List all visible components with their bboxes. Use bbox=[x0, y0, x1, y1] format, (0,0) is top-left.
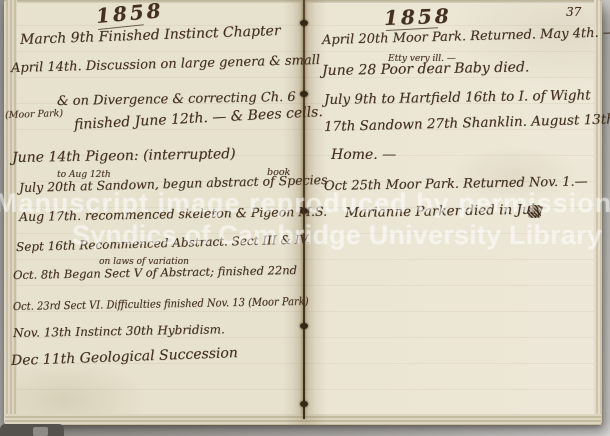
journal-entry: March 9th Finished Instinct Chapter bbox=[20, 23, 281, 48]
journal-entry: finished June 12th. — & Bees cells. bbox=[74, 104, 324, 133]
watermark-line-2: Syndics of Cambridge University Library bbox=[72, 220, 602, 251]
folio-number: 37 bbox=[566, 5, 581, 19]
journal-entry: Dec 11th Geological Succession bbox=[11, 345, 238, 369]
journal-entry: June 14th Pigeon: (interrupted) bbox=[12, 146, 236, 166]
viewer-toolbar-button[interactable] bbox=[33, 427, 48, 436]
manuscript-photo: 1858 March 9th Finished Instinct Chapter… bbox=[0, 0, 610, 436]
journal-entry: April 20th Moor Park. Returned. May 4th.… bbox=[322, 25, 610, 48]
journal-entry: Nov. 13th Instinct 30th Hybridism. bbox=[13, 322, 225, 340]
journal-entry: June 28 Poor dear Baby died. bbox=[322, 59, 530, 79]
margin-note: (Moor Park) bbox=[5, 108, 63, 121]
journal-entry: Home. — bbox=[331, 147, 396, 163]
right-page-year: 1858 bbox=[384, 4, 452, 30]
journal-entry: July 9th to Hartfield 16th to I. of Wigh… bbox=[324, 87, 591, 108]
left-page-year: 1858 bbox=[95, 0, 165, 28]
journal-entry: Oct. 23rd Sect VI. Difficulties finished… bbox=[13, 295, 309, 313]
viewer-toolbar[interactable] bbox=[0, 424, 64, 436]
watermark-line-1: Manuscript image reproduced by permissio… bbox=[0, 188, 610, 219]
journal-entry: & on Divergence & correcting Ch. 6 bbox=[57, 90, 296, 109]
journal-entry: 17th Sandown 27th Shanklin. August 13th bbox=[324, 111, 610, 135]
journal-entry: April 14th. Discussion on large genera &… bbox=[11, 53, 320, 76]
journal-entry: Oct. 8th Began Sect V of Abstract; finis… bbox=[13, 263, 297, 282]
